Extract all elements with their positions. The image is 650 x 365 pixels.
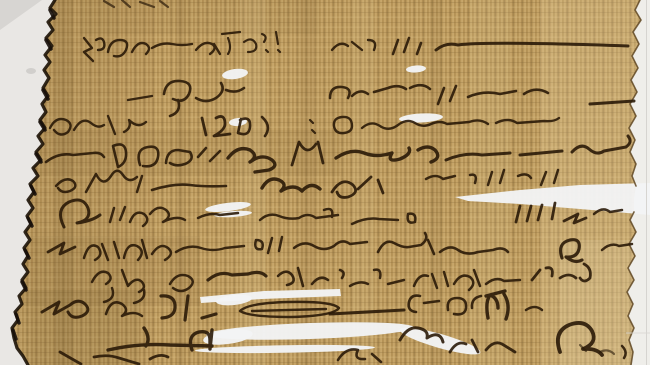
tone-band	[80, 0, 320, 34]
tone-band	[430, 0, 442, 365]
background-smudge	[26, 68, 36, 74]
papyrus-photo	[0, 0, 650, 365]
papyrus-sheet	[0, 0, 650, 365]
tone-band	[176, 0, 186, 365]
papyrus-photo-canvas	[0, 0, 650, 365]
